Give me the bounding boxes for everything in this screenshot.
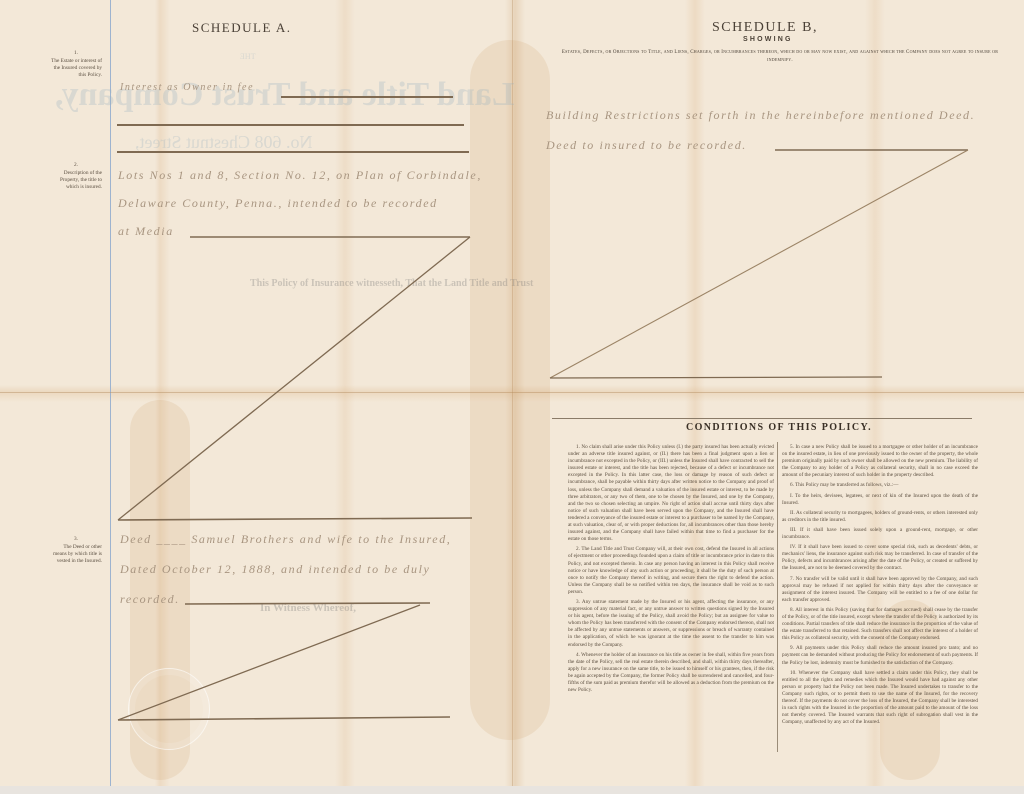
ghost-address: No. 608 Chestnut Street, (135, 132, 313, 153)
item-2-text: Description of the Property, the title t… (60, 170, 102, 190)
schedule-a-title: SCHEDULE A. (192, 20, 292, 36)
handwritten-restrictions-1: Building Restrictions set forth in the h… (546, 108, 975, 123)
handwritten-property-3: at Media (118, 224, 174, 239)
condition-5: 5. In case a new Policy shall be issued … (782, 444, 978, 479)
ghost-policy-line: This Policy of Insurance witnesseth, Tha… (250, 278, 533, 289)
conditions-title: CONDITIONS OF THIS POLICY. (686, 422, 872, 433)
rule (117, 151, 469, 153)
rule (117, 124, 464, 126)
conditions-left-column: 1. No claim shall arise under this Polic… (568, 444, 774, 697)
schedule-b-description: Estates, Defects, or Objections to Title… (560, 49, 1000, 65)
item-2-number: 2. (50, 162, 102, 169)
item-1-label: 1. The Estate or interest of the Insured… (50, 50, 102, 79)
scan-edge (0, 786, 1024, 794)
margin-rule (110, 0, 111, 786)
item-3-label: 3. The Deed or other means by which titl… (50, 536, 102, 565)
condition-6-ii: II. As collateral security to mortgagees… (782, 510, 978, 524)
condition-6-i: I. To the heirs, devisees, legatees, or … (782, 493, 978, 507)
item-1-text: The Estate or interest of the Insured co… (51, 58, 102, 78)
handwritten-restrictions-2: Deed to insured to be recorded. (546, 138, 747, 153)
ghost-the: THE (240, 52, 256, 61)
condition-4: 4. Whenever the holder of an insurance o… (568, 652, 774, 695)
condition-3: 3. Any untrue statement made by the Insu… (568, 599, 774, 649)
ghost-witness: In Witness Whereof, (260, 602, 356, 614)
handwritten-deed-1: Deed ____ Samuel Brothers and wife to th… (120, 532, 451, 547)
handwritten-estate: Interest as Owner in fee (120, 82, 254, 93)
item-3-text: The Deed or other means by which title i… (53, 544, 102, 564)
stain (470, 40, 550, 740)
embossed-seal (128, 668, 210, 750)
condition-7: 7. No transfer will be valid until it sh… (782, 576, 978, 604)
item-2-label: 2. Description of the Property, the titl… (50, 162, 102, 191)
condition-6-iii: III. If it shall have been issued solely… (782, 527, 978, 541)
item-3-number: 3. (50, 536, 102, 543)
handwritten-deed-3: recorded. (120, 592, 180, 607)
condition-10: 10. Whenever the Company shall have sett… (782, 670, 978, 727)
condition-6-iv: IV. If it shall have been issued to cove… (782, 544, 978, 572)
handwritten-property-2: Delaware County, Penna., intended to be … (118, 196, 438, 211)
rule (281, 96, 453, 98)
condition-8: 8. All interest in this Policy (saving t… (782, 607, 978, 642)
handwritten-deed-2: Dated October 12, 1888, and intended to … (120, 562, 431, 577)
item-1-number: 1. (50, 50, 102, 57)
conditions-right-column: 5. In case a new Policy shall be issued … (782, 444, 978, 729)
handwritten-property-1: Lots Nos 1 and 8, Section No. 12, on Pla… (118, 168, 482, 183)
condition-6: 6. This Policy may be transferred as fol… (782, 482, 978, 489)
condition-2: 2. The Land Title and Trust Company will… (568, 546, 774, 596)
condition-9: 9. All payments under this Policy shall … (782, 645, 978, 666)
condition-1: 1. No claim shall arise under this Polic… (568, 444, 774, 543)
schedule-b-subtitle: SHOWING (743, 36, 793, 43)
schedule-b-title: SCHEDULE B, (712, 20, 818, 36)
column-divider (777, 442, 778, 752)
